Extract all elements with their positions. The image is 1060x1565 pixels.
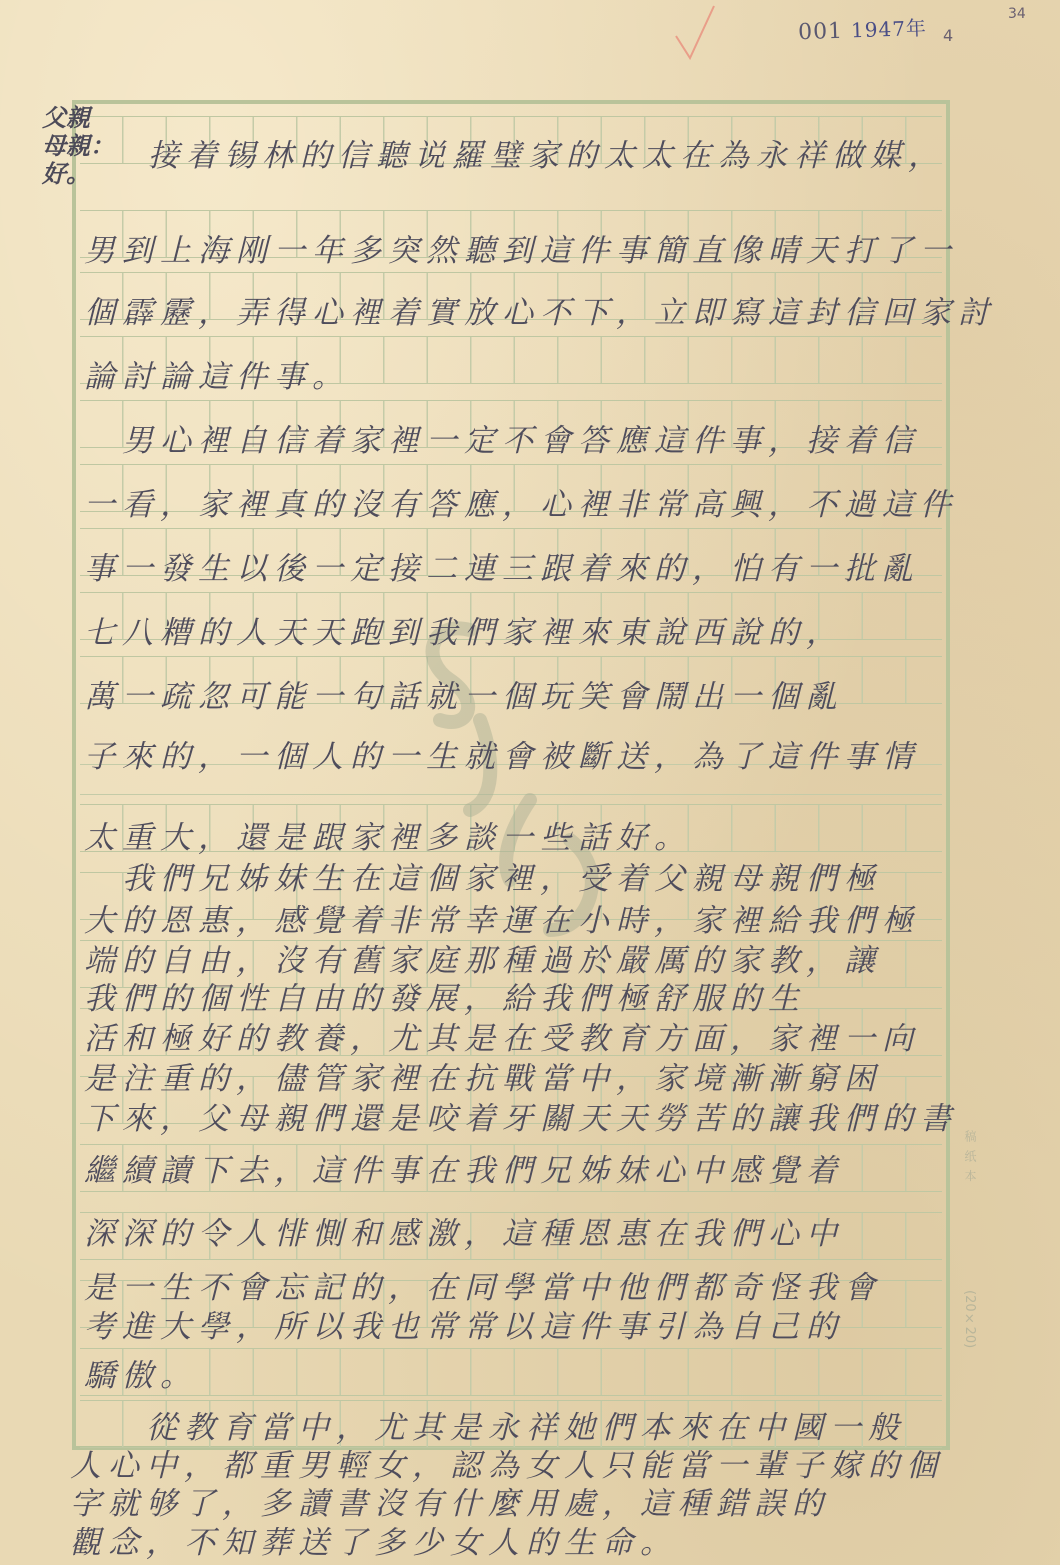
letter-line: 驕傲。 xyxy=(84,1350,198,1395)
letter-line: 子來的，一個人的一生就會被斷送，為了這件事情 xyxy=(84,731,920,776)
grid-row xyxy=(80,1348,942,1396)
letter-line: 男心裡自信着家裡一定不會答應這件事，接着信 xyxy=(84,415,920,460)
letter-line: 深深的令人悱惻和感激，這種恩惠在我們心中 xyxy=(84,1208,844,1253)
letter-line: 下來，父母親們還是咬着牙關天天勞苦的讓我們的書 xyxy=(84,1093,958,1138)
salutation-father: 父親 xyxy=(42,104,114,132)
letter-line: 萬一疏忽可能一句話就一個玩笑會鬧出一個亂 xyxy=(84,671,844,716)
letter-line: 我們兄姊妹生在這個家裡，受着父親母親們極 xyxy=(84,853,882,898)
letter-line: 太重大，還是跟家裡多談一些話好。 xyxy=(84,812,692,857)
archive-number: 001 1947年 xyxy=(798,12,928,45)
margin-grid-size: (20×20) xyxy=(962,1290,977,1348)
salutation-greeting: 好。 xyxy=(42,160,114,188)
letter-line: 繼續讀下去，這件事在我們兄姊妹心中感覺着 xyxy=(84,1145,844,1190)
letter-line: 七八糟的人天天跑到我們家裡來東說西說的， xyxy=(84,607,844,652)
letter-line: 觀念，不知葬送了多少女人的生命。 xyxy=(70,1517,678,1562)
letter-line: 考進大學，所以我也常常以這件事引為自己的 xyxy=(84,1301,844,1346)
letter-line: 一看，家裡真的沒有答應，心裡非常高興，不過這件 xyxy=(84,479,958,524)
archive-page-mark: 4 xyxy=(943,26,953,45)
letter-line: 男到上海刚一年多突然聽到這件事簡直像晴天打了一 xyxy=(84,225,958,270)
salutation-mother: 母親： xyxy=(42,132,114,160)
letter-line: 大的恩惠，感覺着非常幸運在小時，家裡給我們極 xyxy=(84,895,920,940)
letter-line: 論討論這件事。 xyxy=(84,351,350,396)
red-check-mark-icon xyxy=(670,2,720,62)
archive-year: 1947年 xyxy=(851,16,928,43)
archive-number-value: 001 xyxy=(798,19,844,46)
letter-line: 事一發生以後一定接二連三跟着來的，怕有一批亂 xyxy=(84,543,920,588)
letter-line: 我們的個性自由的發展，給我們極舒服的生 xyxy=(84,973,806,1018)
letter-line: 接着锡林的信聽说羅璧家的太太在為永祥做媒， xyxy=(148,130,946,175)
letter-line: 是注重的，儘管家裡在抗戰當中，家境漸漸窮困 xyxy=(84,1053,882,1098)
archive-sheet-mark: 34 xyxy=(1008,6,1026,22)
letter-line: 個霹靂，弄得心裡着實放心不下，立即寫這封信回家討 xyxy=(84,287,996,332)
margin-print-label: 稿 纸 本 xyxy=(962,1130,979,1184)
letter-salutation: 父親 母親： 好。 xyxy=(42,104,114,188)
letter-line: 活和極好的教養，尤其是在受教育方面，家裡一向 xyxy=(84,1013,920,1058)
fold-gap-line xyxy=(80,794,942,795)
